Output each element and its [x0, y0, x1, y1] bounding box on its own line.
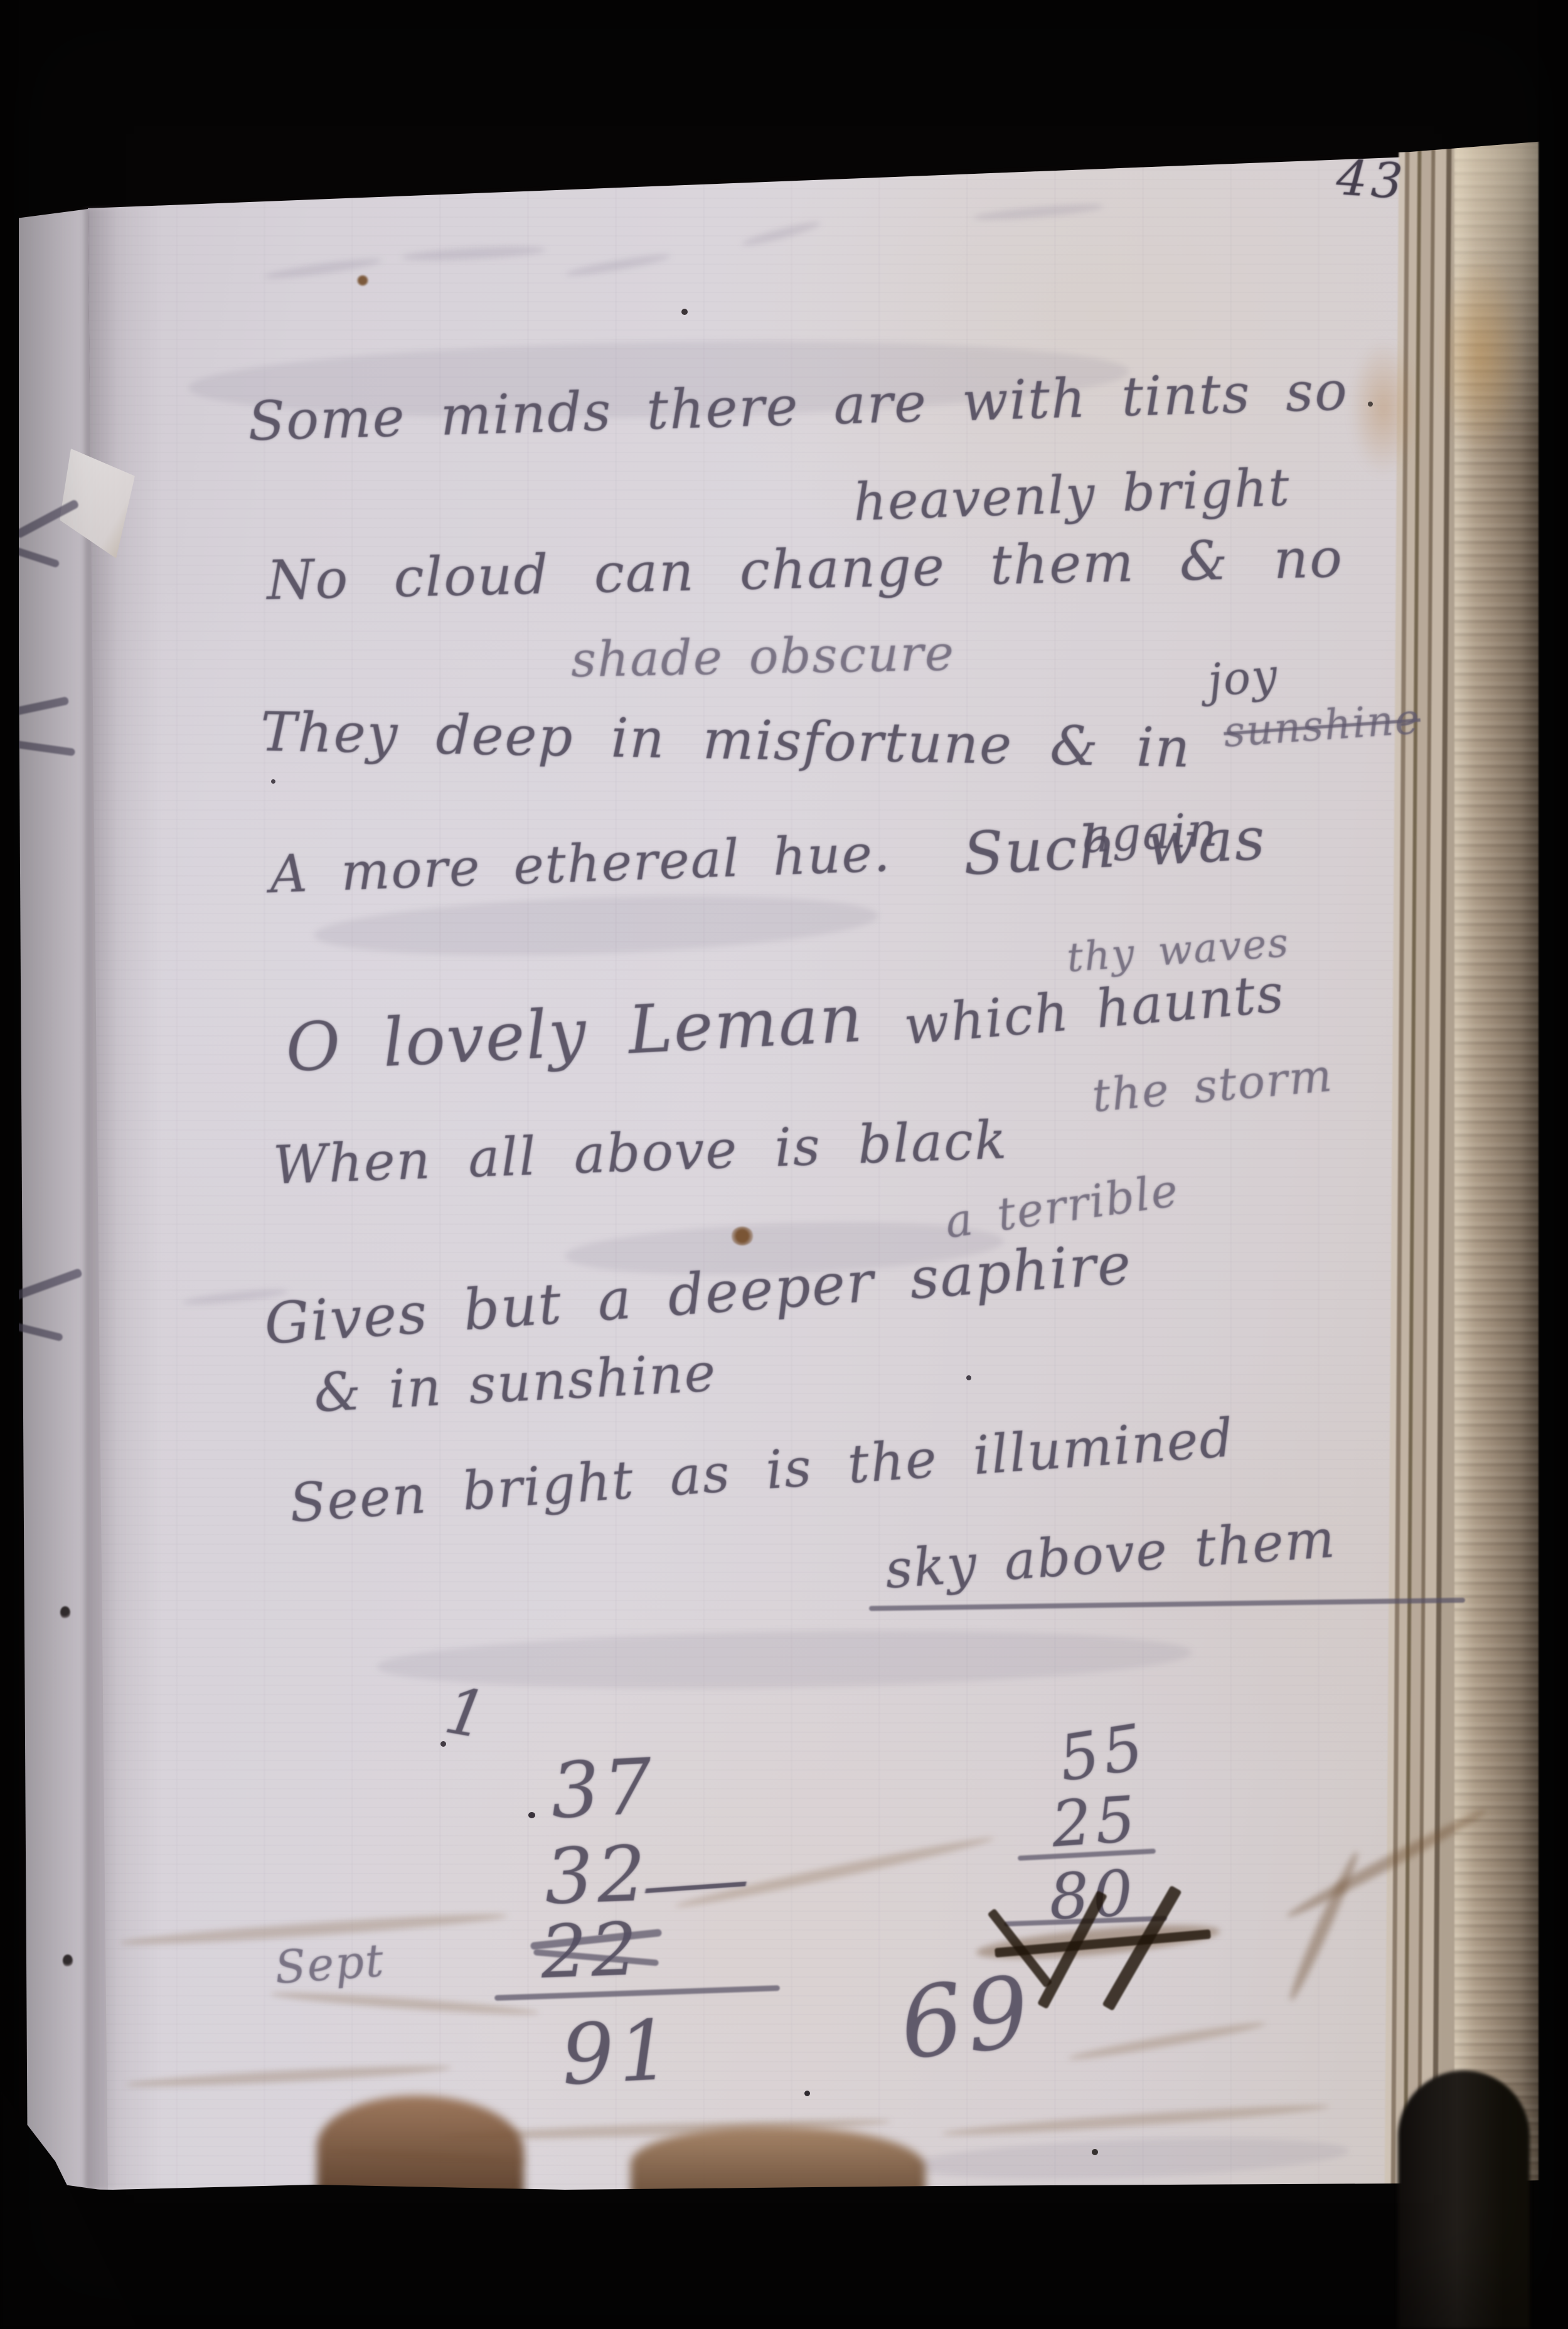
- brown-stain: [731, 1227, 754, 1245]
- dark-speck: [440, 1741, 446, 1747]
- dark-speck: [966, 1375, 971, 1380]
- book-clip: [1398, 2071, 1530, 2329]
- photo-background-right: [1539, 0, 1568, 2329]
- left-col-row1: 37: [548, 1742, 658, 1836]
- dark-speck: [804, 2091, 810, 2096]
- right-col-row1: 55: [1054, 1710, 1152, 1796]
- photograph-of-manuscript-page: { "page": { "number": "43" }, "manuscrip…: [0, 0, 1568, 2329]
- right-col-result: 69: [895, 1954, 1038, 2081]
- brown-speck: [356, 275, 369, 286]
- left-col-total: 91: [559, 2001, 677, 2104]
- page-edge-stain: [1349, 339, 1418, 477]
- insert-joy: joy: [1206, 648, 1281, 706]
- photo-background-left: [0, 0, 19, 2329]
- binding-stain: [1437, 251, 1525, 458]
- dark-speck: [528, 1812, 535, 1818]
- dark-speck: [1092, 2149, 1098, 2155]
- page-number: 43: [1335, 149, 1408, 211]
- dark-speck: [271, 779, 275, 784]
- sewing-hole: [63, 1954, 73, 1967]
- dark-speck: [1368, 402, 1373, 407]
- dash-mark: —: [637, 1838, 759, 1926]
- photo-background-bottom: [0, 2171, 1568, 2329]
- margin-word: Sept: [273, 1934, 386, 1994]
- sewing-hole: [60, 1606, 70, 1619]
- dark-speck: [681, 309, 688, 315]
- poem-line-2b: shade obscure: [570, 626, 955, 689]
